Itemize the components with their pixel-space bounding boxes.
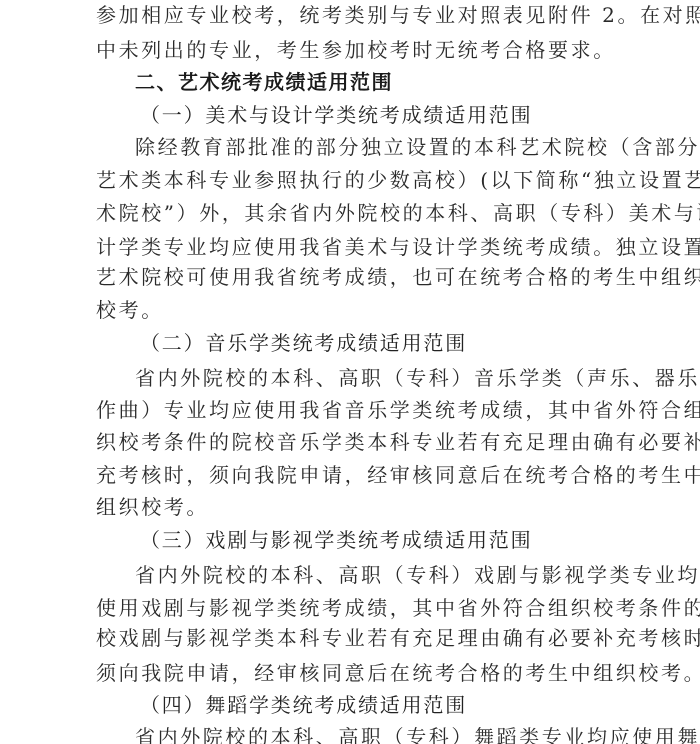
paragraph-line: 须向我院申请，经审核同意后在统考合格的考生中组织校考。: [96, 661, 608, 685]
paragraph-line: 除经教育部批准的部分独立设置的本科艺术院校（含部分: [135, 135, 608, 159]
paragraph-line: 省内外院校的本科、高职（专科）舞蹈类专业均应使用舞: [135, 725, 608, 744]
paragraph-line: 组织校考。: [96, 495, 608, 519]
subsection-heading: （二）音乐学类统考成绩适用范围: [140, 331, 652, 355]
paragraph-line: 省内外院校的本科、高职（专科）音乐学类（声乐、器乐、: [135, 366, 608, 390]
paragraph-line: 计学类专业均应使用我省美术与设计学类统考成绩。独立设置: [96, 235, 608, 259]
subsection-heading: （一）美术与设计学类统考成绩适用范围: [140, 103, 652, 127]
paragraph-line: 艺术院校可使用我省统考成绩，也可在统考合格的考生中组织: [96, 265, 608, 289]
paragraph-line: 作曲）专业均应使用我省音乐学类统考成绩，其中省外符合组: [96, 398, 608, 422]
paragraph-line: 术院校”）外，其余省内外院校的本科、高职（专科）美术与设: [96, 201, 608, 225]
paragraph-line: 艺术类本科专业参照执行的少数高校）(以下简称“独立设置艺: [96, 168, 608, 192]
subsection-heading: （三）戏剧与影视学类统考成绩适用范围: [140, 528, 652, 552]
document-page: 参加相应专业校考，统考类别与专业对照表见附件 2。在对照表 中未列出的专业，考生…: [0, 0, 700, 744]
paragraph-line: 省内外院校的本科、高职（专科）戏剧与影视学类专业均应: [135, 563, 608, 587]
paragraph-line: 中未列出的专业，考生参加校考时无统考合格要求。: [96, 38, 608, 62]
paragraph-line: 织校考条件的院校音乐学类本科专业若有充足理由确有必要补: [96, 430, 608, 454]
paragraph-line: 参加相应专业校考，统考类别与专业对照表见附件 2。在对照表: [96, 3, 608, 27]
subsection-heading: （四）舞蹈学类统考成绩适用范围: [140, 693, 652, 717]
paragraph-line: 使用戏剧与影视学类统考成绩，其中省外符合组织校考条件的院: [96, 596, 608, 620]
paragraph-line: 校考。: [96, 298, 608, 322]
paragraph-line: 充考核时，须向我院申请，经审核同意后在统考合格的考生中: [96, 463, 608, 487]
section-heading: 二、艺术统考成绩适用范围: [135, 70, 647, 94]
paragraph-line: 校戏剧与影视学类本科专业若有充足理由确有必要补充考核时，: [96, 626, 608, 650]
